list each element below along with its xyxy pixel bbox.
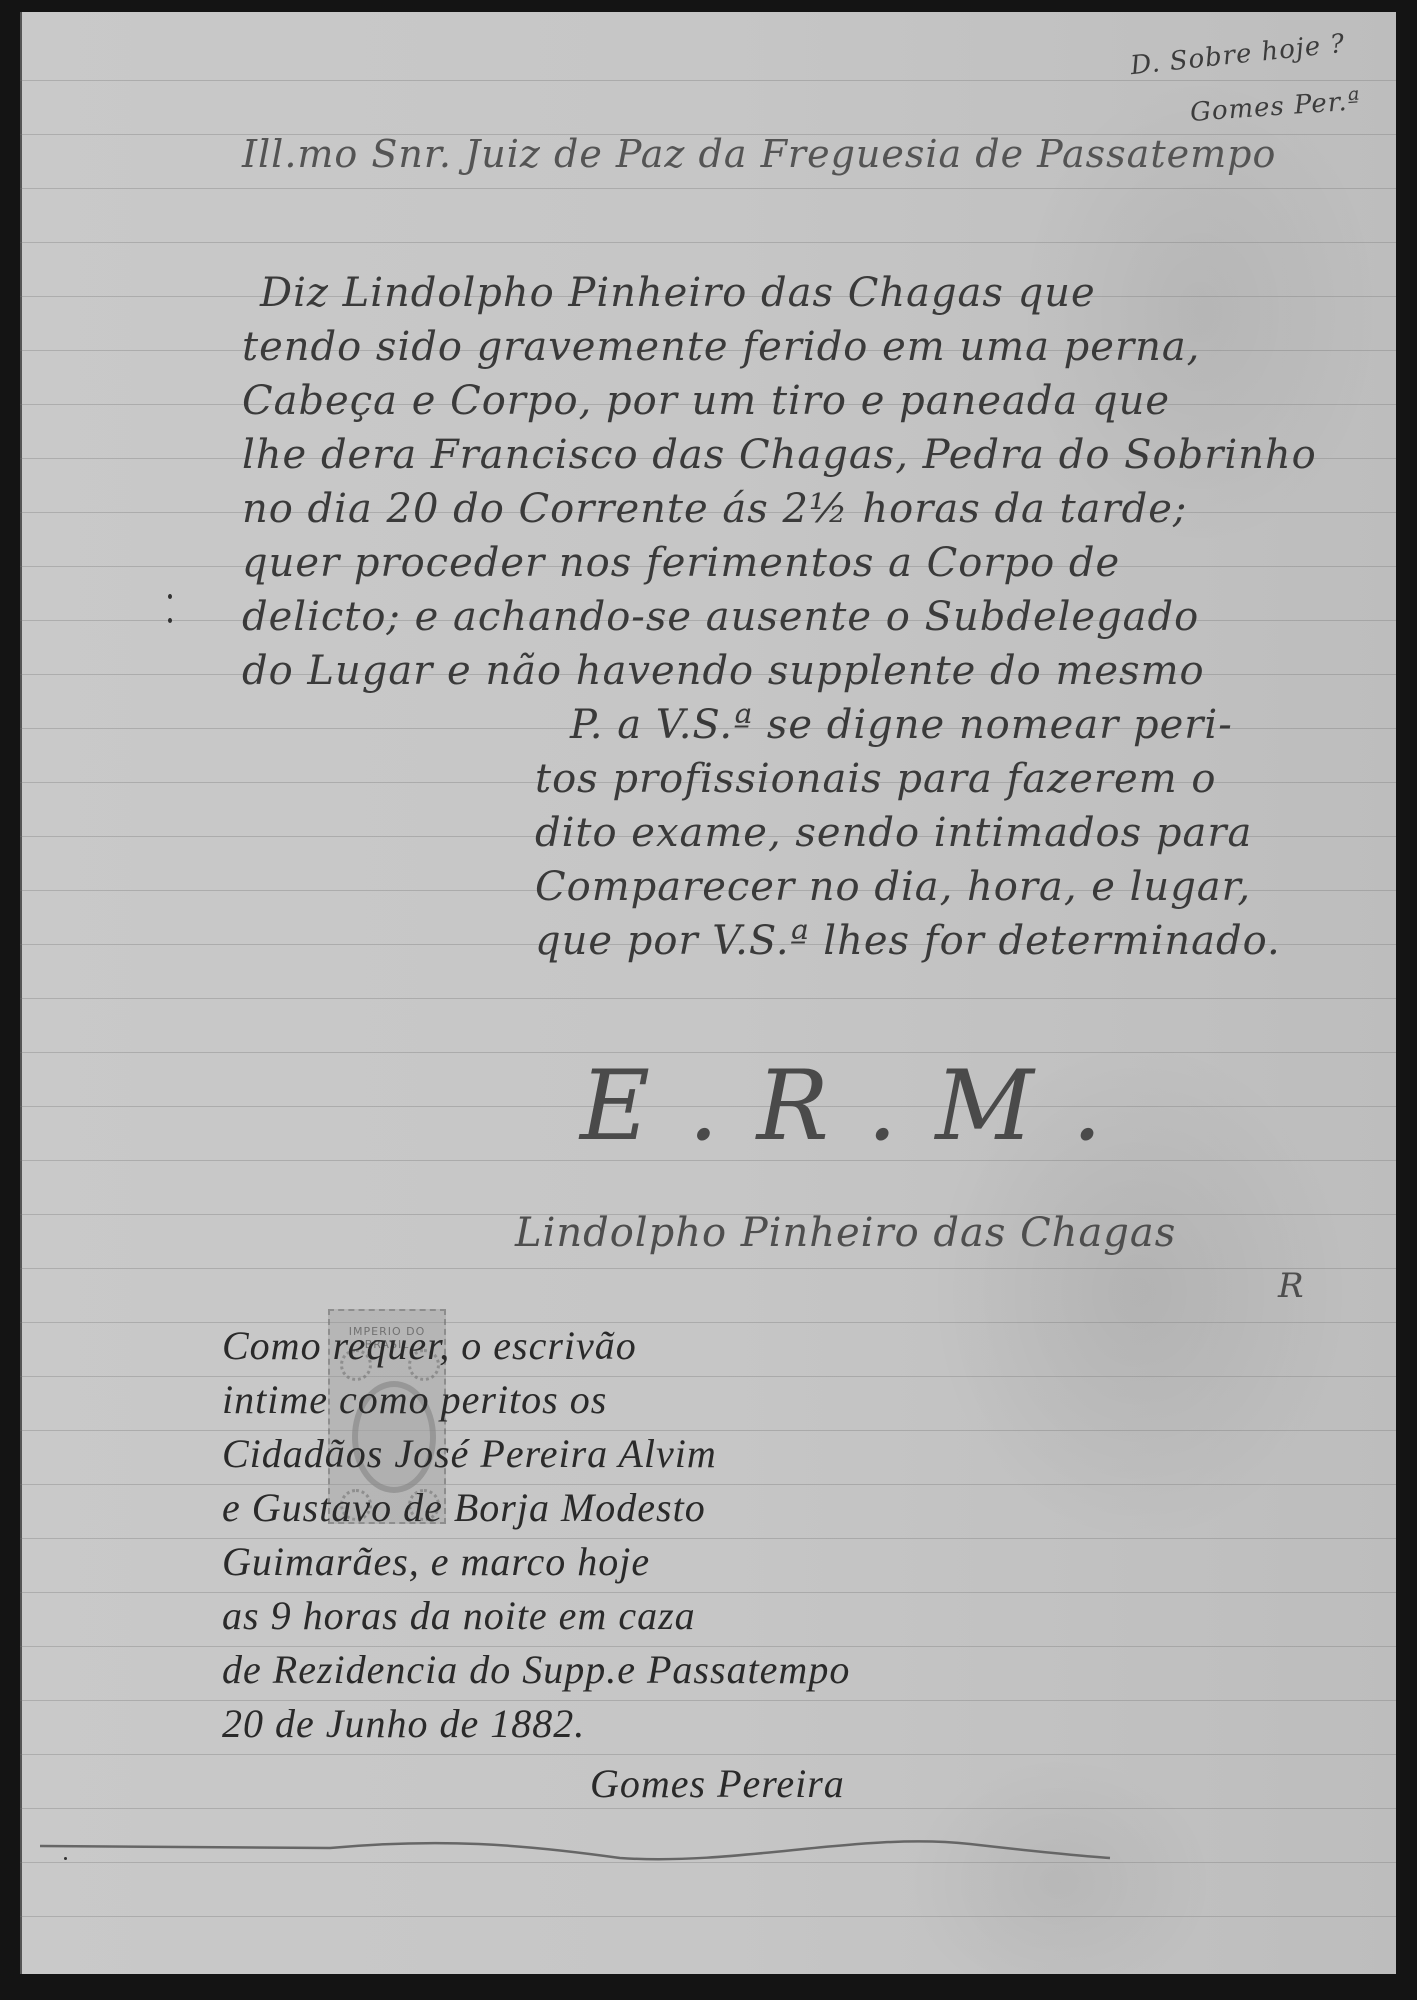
ink-speck bbox=[64, 1857, 67, 1860]
ruled-line bbox=[20, 188, 1396, 189]
petition-line: lhe dera Francisco das Chagas, Pedra do … bbox=[242, 432, 1317, 478]
petition-line: do Lugar e não havendo supplente do mesm… bbox=[242, 648, 1205, 694]
request-line: dito exame, sendo intimados para bbox=[535, 810, 1252, 856]
judge-signature: Gomes Pereira bbox=[590, 1760, 845, 1807]
petition-line: delicto; e achando-se ausente o Subdeleg… bbox=[242, 594, 1199, 640]
petition-line: Diz Lindolpho Pinheiro das Chagas que bbox=[260, 270, 1096, 316]
request-line: P. a V.S.ª se digne nomear peri- bbox=[570, 702, 1233, 748]
addressee-heading: Ill.mo Snr. Juiz de Paz da Freguesia de … bbox=[242, 132, 1276, 176]
signature-rubric: R bbox=[1278, 1266, 1305, 1306]
order-line: 20 de Junho de 1882. bbox=[222, 1700, 585, 1747]
order-line: Guimarães, e marco hoje bbox=[222, 1538, 650, 1585]
ruled-line bbox=[20, 242, 1396, 243]
request-line: Comparecer no dia, hora, e lugar, bbox=[535, 864, 1251, 910]
petition-line: Cabeça e Corpo, por um tiro e paneada qu… bbox=[242, 378, 1170, 424]
petition-line: tendo sido gravemente ferido em uma pern… bbox=[242, 324, 1200, 370]
order-line: Cidadãos José Pereira Alvim bbox=[222, 1430, 717, 1477]
ruled-line bbox=[20, 998, 1396, 999]
closing-flourish-line bbox=[40, 1834, 1140, 1874]
ink-speck bbox=[168, 594, 172, 599]
corner-note-line2: Gomes Per.ª bbox=[1189, 86, 1362, 128]
ink-speck bbox=[168, 618, 172, 623]
ruled-line bbox=[20, 1268, 1396, 1269]
petitioner-signature: Lindolpho Pinheiro das Chagas bbox=[515, 1210, 1176, 1256]
corner-note-line1: D. Sobre hoje ? bbox=[1129, 29, 1347, 81]
petition-line: no dia 20 do Corrente ás 2½ horas da tar… bbox=[242, 486, 1187, 532]
request-line: que por V.S.ª lhes for determinado. bbox=[535, 918, 1281, 964]
order-line: intime como peritos os bbox=[222, 1376, 607, 1423]
order-line: as 9 horas da noite em caza bbox=[222, 1592, 696, 1639]
request-line: tos profissionais para fazerem o bbox=[535, 756, 1216, 802]
ruled-line bbox=[20, 1916, 1396, 1917]
closing-formula: E.R.M. bbox=[580, 1050, 1140, 1162]
ruled-line bbox=[20, 1754, 1396, 1755]
ruled-line bbox=[20, 80, 1396, 81]
left-margin-rule bbox=[20, 12, 22, 1974]
order-line: e Gustavo de Borja Modesto bbox=[222, 1484, 706, 1531]
ruled-line bbox=[20, 1808, 1396, 1809]
petition-line: quer proceder nos ferimentos a Corpo de bbox=[242, 540, 1120, 586]
document-page: D. Sobre hoje ? Gomes Per.ª Ill.mo Snr. … bbox=[20, 12, 1396, 1974]
order-line: Como requer, o escrivão bbox=[222, 1322, 637, 1369]
order-line: de Rezidencia do Supp.e Passatempo bbox=[222, 1646, 850, 1693]
